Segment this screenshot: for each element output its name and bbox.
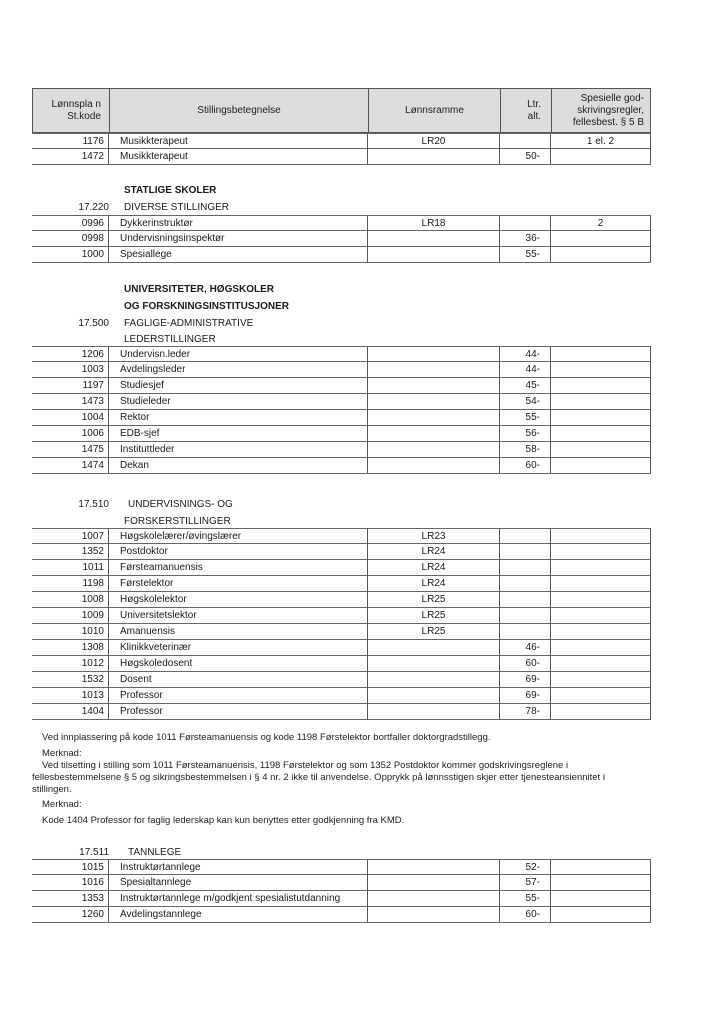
cell-title: Dykkerinstruktør	[109, 216, 368, 231]
table-header: Lønnspla n St.kode Stillingsbetegnelse L…	[32, 88, 651, 133]
cell-code: 1532	[32, 672, 109, 687]
table-row: 1011FørsteamanuensisLR24	[32, 560, 651, 576]
cell-title: Spesiallege	[109, 247, 368, 262]
cell-code: 1012	[32, 656, 109, 671]
cell-lonnsramme	[368, 875, 500, 890]
cell-spesielle	[551, 624, 651, 639]
cell-ltr: 56-	[500, 426, 551, 441]
cell-spesielle	[551, 529, 651, 544]
header-spesielle: Spesielle god-skrivingsregler, fellesbes…	[552, 89, 650, 132]
table-row: 1000Spesiallege55-	[32, 247, 651, 263]
cell-ltr: 54-	[500, 394, 551, 409]
section-title-undervisning-2: FORSKERSTILLINGER	[124, 516, 231, 527]
cell-title: Studieleder	[109, 394, 368, 409]
cell-title: Studiesjef	[109, 378, 368, 393]
table-universiteter: 1206Undervisn.leder44-1003Avdelingsleder…	[32, 346, 651, 474]
table-row: 1308Klinikkveterinær46-	[32, 640, 651, 656]
cell-code: 1016	[32, 875, 109, 890]
cell-ltr	[500, 134, 551, 149]
cell-title: Musikkterapeut	[109, 149, 368, 164]
header-title: Stillingsbetegnelse	[110, 89, 369, 132]
cell-lonnsramme: LR25	[368, 624, 500, 639]
cell-spesielle	[551, 347, 651, 362]
table-row: 1009UniversitetslektorLR25	[32, 608, 651, 624]
cell-spesielle	[551, 688, 651, 703]
cell-code: 1404	[32, 704, 109, 719]
cell-lonnsramme	[368, 378, 500, 393]
cell-ltr: 78-	[500, 704, 551, 719]
cell-lonnsramme	[368, 458, 500, 473]
section-title-tannlege: TANNLEGE	[128, 847, 181, 858]
cell-spesielle: 2	[551, 216, 651, 231]
cell-title: Høgskolelektor	[109, 592, 368, 607]
section-heading-universiteter-1: UNIVERSITETER, HØGSKOLER	[124, 284, 274, 295]
cell-lonnsramme	[368, 149, 500, 164]
cell-title: Instituttleder	[109, 442, 368, 457]
header-ltr: Ltr. alt.	[501, 89, 552, 132]
table-row: 1352PostdoktorLR24	[32, 544, 651, 560]
cell-spesielle	[551, 704, 651, 719]
cell-title: Spesialtannlege	[109, 875, 368, 890]
cell-spesielle	[551, 426, 651, 441]
cell-spesielle	[551, 458, 651, 473]
cell-code: 1473	[32, 394, 109, 409]
table-row: 1474Dekan60-	[32, 458, 651, 474]
cell-title: Instruktørtannlege	[109, 860, 368, 875]
cell-ltr: 50-	[500, 149, 551, 164]
cell-spesielle	[551, 640, 651, 655]
cell-title: Avdelingstannlege	[109, 907, 368, 922]
cell-code: 1474	[32, 458, 109, 473]
cell-spesielle	[551, 891, 651, 906]
cell-lonnsramme: LR24	[368, 544, 500, 559]
cell-ltr: 44-	[500, 362, 551, 377]
cell-code: 1352	[32, 544, 109, 559]
cell-title: Høgskoledosent	[109, 656, 368, 671]
cell-ltr	[500, 608, 551, 623]
note-doktorgrad: Ved innplassering på kode 1011 Førsteama…	[42, 732, 652, 744]
table-row: 1197Studiesjef45-	[32, 378, 651, 394]
cell-title: Dosent	[109, 672, 368, 687]
cell-ltr: 60-	[500, 656, 551, 671]
table-row: 1404Professor78-	[32, 704, 651, 720]
cell-code: 1000	[32, 247, 109, 262]
cell-lonnsramme: LR23	[368, 529, 500, 544]
cell-lonnsramme	[368, 362, 500, 377]
cell-spesielle: 1 el. 2	[551, 134, 651, 149]
table-row: 0998Undervisningsinspektør36-	[32, 231, 651, 247]
header-spesielle-label: Spesielle god-skrivingsregler, fellesbes…	[568, 93, 644, 129]
cell-spesielle	[551, 907, 651, 922]
cell-ltr	[500, 560, 551, 575]
cell-spesielle	[551, 560, 651, 575]
cell-spesielle	[551, 860, 651, 875]
table-musikkterapeut: 1176MusikkterapeutLR201 el. 21472Musikkt…	[32, 133, 651, 165]
cell-title: Førstelektor	[109, 576, 368, 591]
cell-code: 1260	[32, 907, 109, 922]
cell-code: 1015	[32, 860, 109, 875]
cell-ltr: 60-	[500, 458, 551, 473]
table-row: 1206Undervisn.leder44-	[32, 346, 651, 362]
table-row: 1473Studieleder54-	[32, 394, 651, 410]
cell-lonnsramme	[368, 704, 500, 719]
cell-ltr: 55-	[500, 410, 551, 425]
table-row: 1003Avdelingsleder44-	[32, 362, 651, 378]
cell-ltr: 58-	[500, 442, 551, 457]
header-code-label: Lønnspla n St.kode	[41, 99, 101, 123]
cell-lonnsramme	[368, 410, 500, 425]
cell-code: 0998	[32, 231, 109, 246]
cell-title: Postdoktor	[109, 544, 368, 559]
cell-title: Instruktørtannlege m/godkjent spesialist…	[109, 891, 368, 906]
header-ltr-label: Ltr. alt.	[515, 99, 541, 123]
table-row: 1016Spesialtannlege57-	[32, 875, 651, 891]
section-title-faglige-1: FAGLIGE-ADMINISTRATIVE	[124, 318, 253, 329]
cell-lonnsramme	[368, 672, 500, 687]
cell-ltr	[500, 529, 551, 544]
cell-lonnsramme	[368, 891, 500, 906]
cell-title: Førsteamanuensis	[109, 560, 368, 575]
cell-code: 1010	[32, 624, 109, 639]
cell-code: 1007	[32, 529, 109, 544]
cell-spesielle	[551, 378, 651, 393]
cell-spesielle	[551, 672, 651, 687]
table-row: 1353Instruktørtannlege m/godkjent spesia…	[32, 891, 651, 907]
table-row: 1015Instruktørtannlege52-	[32, 859, 651, 875]
section-code-17511: 17.511	[32, 847, 109, 858]
cell-title: Klinikkveterinær	[109, 640, 368, 655]
cell-ltr: 55-	[500, 247, 551, 262]
cell-lonnsramme	[368, 231, 500, 246]
cell-code: 1006	[32, 426, 109, 441]
cell-title: Undervisn.leder	[109, 347, 368, 362]
cell-spesielle	[551, 394, 651, 409]
table-row: 1532Dosent69-	[32, 672, 651, 688]
cell-lonnsramme: LR20	[368, 134, 500, 149]
merknad-text-1-line-1: Ved tilsetting i stilling som 1011 Først…	[42, 760, 652, 772]
cell-ltr: 44-	[500, 347, 551, 362]
cell-code: 1472	[32, 149, 109, 164]
cell-code: 1011	[32, 560, 109, 575]
cell-ltr: 69-	[500, 672, 551, 687]
cell-title: Rektor	[109, 410, 368, 425]
cell-lonnsramme	[368, 347, 500, 362]
cell-title: Professor	[109, 704, 368, 719]
cell-spesielle	[551, 410, 651, 425]
cell-title: Dekan	[109, 458, 368, 473]
table-row: 1472Musikkterapeut50-	[32, 149, 651, 165]
cell-title: Avdelingsleder	[109, 362, 368, 377]
cell-lonnsramme	[368, 907, 500, 922]
cell-code: 1176	[32, 134, 109, 149]
cell-ltr: 57-	[500, 875, 551, 890]
table-row: 1475Instituttleder58-	[32, 442, 651, 458]
section-heading-statlige: STATLIGE SKOLER	[124, 185, 216, 196]
section-title-undervisning-1: UNDERVISNINGS- OG	[128, 499, 233, 510]
cell-spesielle	[551, 592, 651, 607]
cell-lonnsramme	[368, 688, 500, 703]
cell-code: 1009	[32, 608, 109, 623]
table-tannlege: 1015Instruktørtannlege52-1016Spesialtann…	[32, 859, 651, 923]
cell-lonnsramme: LR18	[368, 216, 500, 231]
cell-code: 1008	[32, 592, 109, 607]
header-code: Lønnspla n St.kode	[33, 89, 110, 132]
section-code-17220: 17.220	[32, 202, 109, 213]
cell-ltr	[500, 576, 551, 591]
merknad-text-2: Kode 1404 Professor for faglig lederskap…	[42, 815, 652, 827]
cell-ltr: 36-	[500, 231, 551, 246]
table-row: 1006EDB-sjef56-	[32, 426, 651, 442]
cell-spesielle	[551, 576, 651, 591]
cell-lonnsramme	[368, 860, 500, 875]
header-lonnsramme-label: Lønnsramme	[405, 105, 464, 117]
table-row: 1012Høgskoledosent60-	[32, 656, 651, 672]
cell-title: Undervisningsinspektør	[109, 231, 368, 246]
cell-code: 1206	[32, 347, 109, 362]
cell-lonnsramme: LR25	[368, 608, 500, 623]
section-code-17500: 17.500	[32, 318, 109, 329]
cell-title: Høgskolelærer/øvingslærer	[109, 529, 368, 544]
cell-spesielle	[551, 608, 651, 623]
cell-spesielle	[551, 149, 651, 164]
merknad-label-1: Merknad:	[42, 748, 652, 760]
cell-spesielle	[551, 362, 651, 377]
cell-spesielle	[551, 544, 651, 559]
cell-code: 1308	[32, 640, 109, 655]
table-row: 1013Professor69-	[32, 688, 651, 704]
cell-spesielle	[551, 247, 651, 262]
section-heading-universiteter-2: OG FORSKNINGSINSTITUSJONER	[124, 301, 289, 312]
merknad-text-1-line-3: stillingen.	[32, 784, 642, 796]
cell-title: Universitetslektor	[109, 608, 368, 623]
cell-ltr	[500, 624, 551, 639]
section-title-diverse: DIVERSE STILLINGER	[124, 202, 229, 213]
merknad-label-2: Merknad:	[42, 799, 652, 811]
cell-ltr: 46-	[500, 640, 551, 655]
cell-ltr: 52-	[500, 860, 551, 875]
cell-lonnsramme	[368, 656, 500, 671]
cell-title: Professor	[109, 688, 368, 703]
cell-ltr: 69-	[500, 688, 551, 703]
cell-lonnsramme: LR24	[368, 560, 500, 575]
table-row: 1004Rektor55-	[32, 410, 651, 426]
table-row: 1198FørstelektorLR24	[32, 576, 651, 592]
cell-ltr: 60-	[500, 907, 551, 922]
cell-code: 1475	[32, 442, 109, 457]
cell-code: 1003	[32, 362, 109, 377]
cell-spesielle	[551, 442, 651, 457]
section-code-17510: 17.510	[32, 499, 109, 510]
cell-title: Amanuensis	[109, 624, 368, 639]
table-row: 1010AmanuensisLR25	[32, 624, 651, 640]
cell-lonnsramme	[368, 640, 500, 655]
cell-code: 1353	[32, 891, 109, 906]
cell-lonnsramme	[368, 426, 500, 441]
merknad-text-1-line-2: fellesbestemmelsene § 5 og sikringsbeste…	[32, 772, 662, 784]
cell-code: 1198	[32, 576, 109, 591]
table-row: 1008HøgskolelektorLR25	[32, 592, 651, 608]
cell-ltr: 55-	[500, 891, 551, 906]
cell-ltr: 45-	[500, 378, 551, 393]
cell-lonnsramme	[368, 247, 500, 262]
cell-ltr	[500, 592, 551, 607]
cell-lonnsramme: LR24	[368, 576, 500, 591]
cell-code: 0996	[32, 216, 109, 231]
cell-title: Musikkterapeut	[109, 134, 368, 149]
section-title-faglige-2: LEDERSTILLINGER	[124, 334, 216, 345]
cell-spesielle	[551, 231, 651, 246]
cell-code: 1004	[32, 410, 109, 425]
table-row: 0996DykkerinstruktørLR182	[32, 215, 651, 231]
table-row: 1176MusikkterapeutLR201 el. 2	[32, 133, 651, 149]
cell-code: 1013	[32, 688, 109, 703]
table-row: 1260Avdelingstannlege60-	[32, 907, 651, 923]
cell-lonnsramme	[368, 394, 500, 409]
cell-title: EDB-sjef	[109, 426, 368, 441]
cell-spesielle	[551, 656, 651, 671]
table-undervisning: 1007Høgskolelærer/øvingslærerLR231352Pos…	[32, 528, 651, 720]
cell-lonnsramme	[368, 442, 500, 457]
header-title-label: Stillingsbetegnelse	[197, 105, 280, 117]
cell-lonnsramme: LR25	[368, 592, 500, 607]
cell-ltr	[500, 544, 551, 559]
cell-ltr	[500, 216, 551, 231]
table-statlige: 0996DykkerinstruktørLR1820998Undervisnin…	[32, 215, 651, 263]
cell-spesielle	[551, 875, 651, 890]
header-lonnsramme: Lønnsramme	[369, 89, 501, 132]
cell-code: 1197	[32, 378, 109, 393]
table-row: 1007Høgskolelærer/øvingslærerLR23	[32, 528, 651, 544]
